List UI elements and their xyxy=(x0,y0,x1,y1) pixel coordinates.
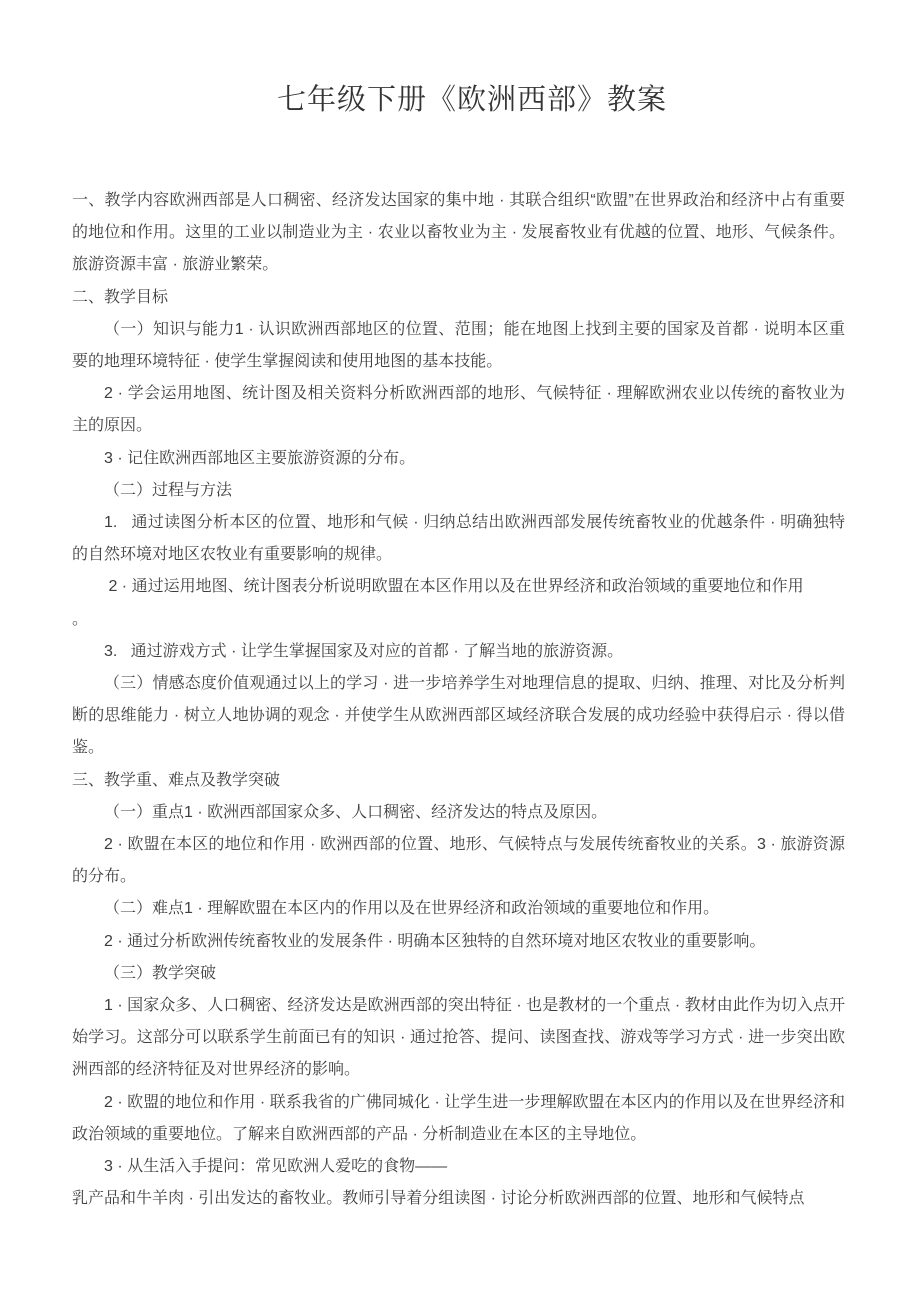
paragraph-teaching-content: 一、教学内容欧洲西部是人口稠密、经济发达国家的集中地 · 其联合组织“欧盟”在世… xyxy=(72,185,845,282)
paragraph-emotion-values: （三）情感态度价值观通过以上的学习 · 进一步培养学生对地理信息的提取、归纳、推… xyxy=(72,668,845,765)
paragraph-knowledge-ability-3: 3 · 记住欧洲西部地区主要旅游资源的分布。 xyxy=(72,443,845,475)
paragraph-breakthrough-3: 3 · 从生活入手提问：常见欧洲人爱吃的食物—— xyxy=(72,1151,845,1183)
heading-teaching-goals: 二、教学目标 xyxy=(72,282,845,314)
paragraph-difficulty-1: （二）难点1 · 理解欧盟在本区内的作用以及在世界经济和政治领域的重要地位和作用… xyxy=(72,893,845,925)
document-body: 一、教学内容欧洲西部是人口稠密、经济发达国家的集中地 · 其联合组织“欧盟”在世… xyxy=(72,185,845,1216)
heading-key-points: 三、教学重、难点及教学突破 xyxy=(72,765,845,797)
paragraph-process-method-2: 2 · 通过运用地图、统计图表分析说明欧盟在本区作用以及在世界经济和政治领域的重… xyxy=(72,571,845,635)
paragraph-breakthrough-3-continued: 乳产品和牛羊肉 · 引出发达的畜牧业。教师引导着分组读图 · 讨论分析欧洲西部的… xyxy=(72,1183,845,1215)
paragraph-key-point-2: 2 · 欧盟在本区的地位和作用 · 欧洲西部的位置、地形、气候特点与发展传统畜牧… xyxy=(72,829,845,893)
heading-process-method: （二）过程与方法 xyxy=(72,475,845,507)
paragraph-key-point-1: （一）重点1 · 欧洲西部国家众多、人口稠密、经济发达的特点及原因。 xyxy=(72,797,845,829)
paragraph-knowledge-ability-1: （一）知识与能力1 · 认识欧洲西部地区的位置、范围；能在地图上找到主要的国家及… xyxy=(72,314,845,378)
paragraph-breakthrough-2: 2 · 欧盟的地位和作用 · 联系我省的广佛同城化 · 让学生进一步理解欧盟在本… xyxy=(72,1087,845,1151)
document-page: 七年级下册《欧洲西部》教案 一、教学内容欧洲西部是人口稠密、经济发达国家的集中地… xyxy=(0,80,920,1216)
paragraph-difficulty-2: 2 · 通过分析欧洲传统畜牧业的发展条件 · 明确本区独特的自然环境对地区农牧业… xyxy=(72,926,845,958)
paragraph-breakthrough-1: 1 · 国家众多、人口稠密、经济发达是欧洲西部的突出特征 · 也是教材的一个重点… xyxy=(72,990,845,1087)
paragraph-process-method-3: 3. 通过游戏方式 · 让学生掌握国家及对应的首都 · 了解当地的旅游资源。 xyxy=(72,636,845,668)
paragraph-knowledge-ability-2: 2 · 学会运用地图、统计图及相关资料分析欧洲西部的地形、气候特征 · 理解欧洲… xyxy=(72,378,845,442)
paragraph-process-method-1: 1. 通过读图分析本区的位置、地形和气候 · 归纳总结出欧洲西部发展传统畜牧业的… xyxy=(72,507,845,571)
heading-teaching-breakthrough: （三）教学突破 xyxy=(72,958,845,990)
document-title: 七年级下册《欧洲西部》教案 xyxy=(0,80,920,120)
